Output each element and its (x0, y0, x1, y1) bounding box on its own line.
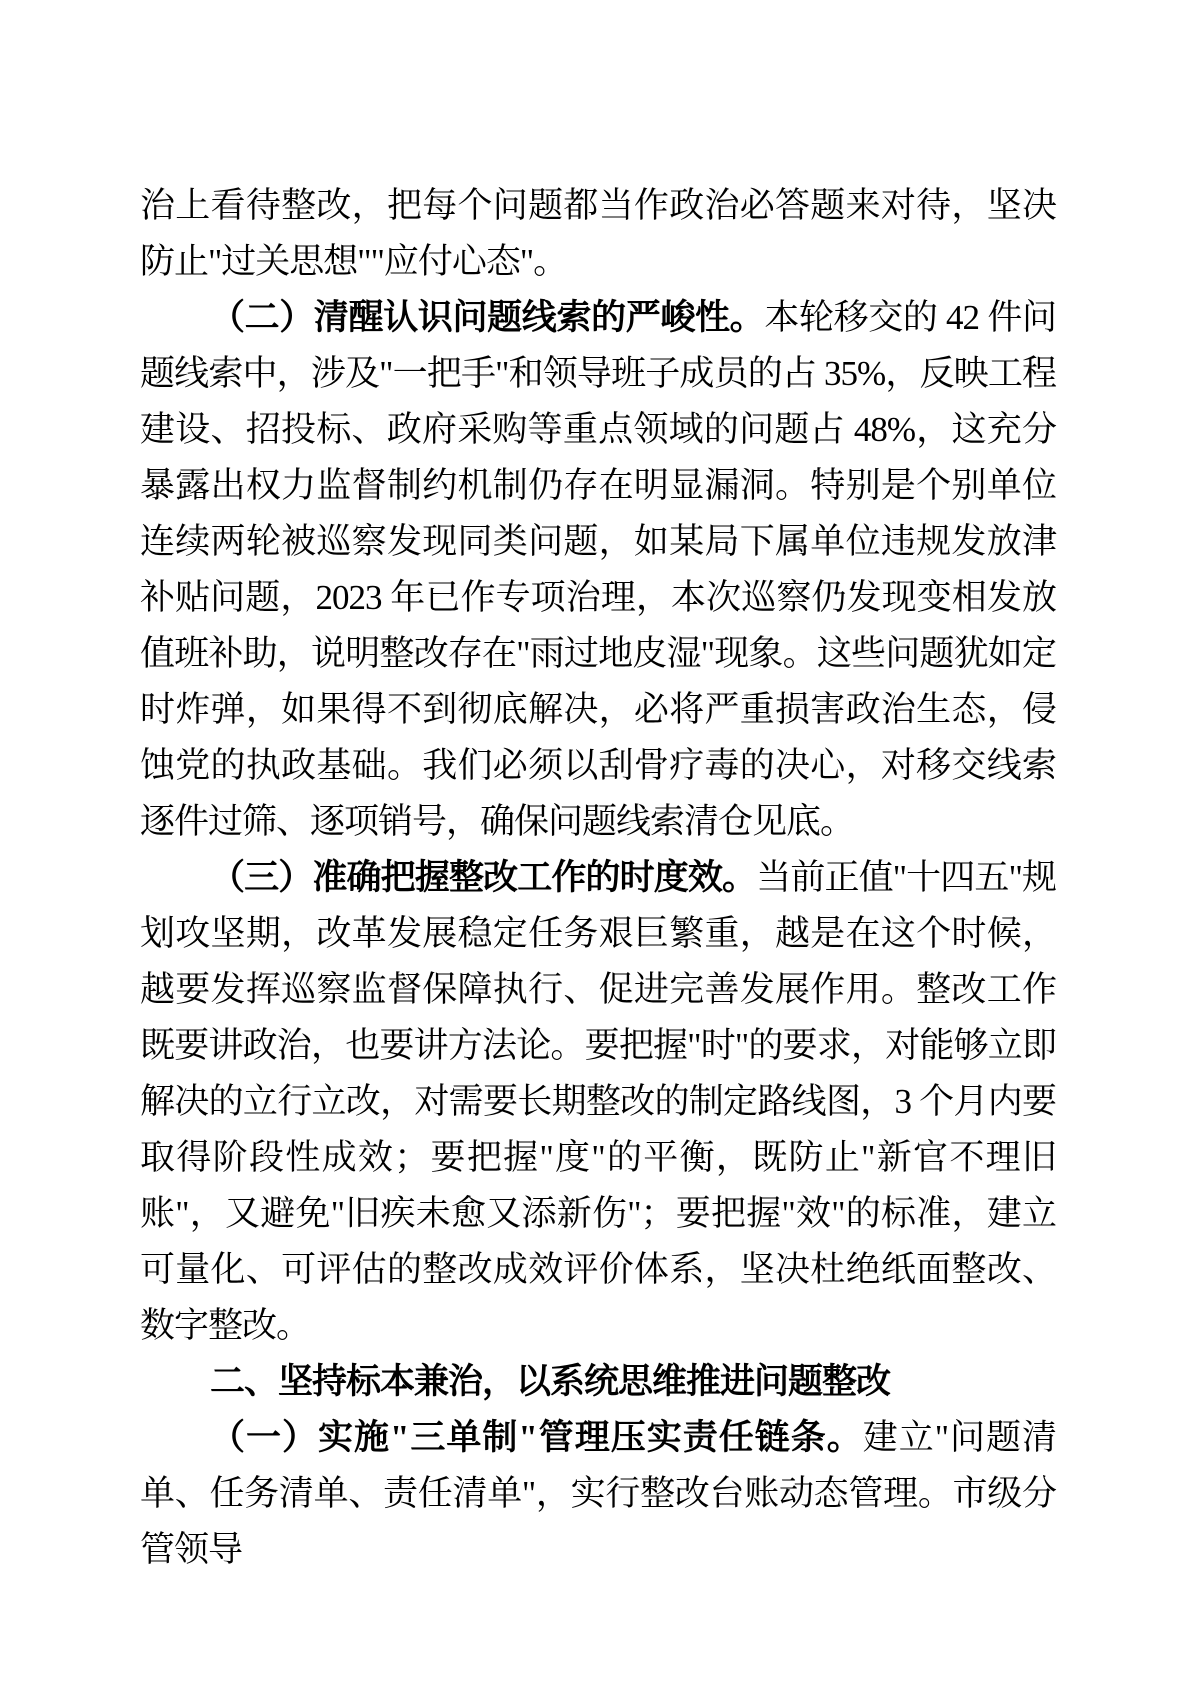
paragraph-continuation: 治上看待整改，把每个问题都当作政治必答题来对待，坚决防止"过关思想""应付心态"… (140, 178, 1056, 290)
section-heading-2: 二、坚持标本兼治，以系统思维推进问题整改 (140, 1354, 1056, 1410)
subsection-3-heading: （三）准确把握整改工作的时度效。 (210, 858, 756, 897)
subsection-1-heading: （一）实施"三单制"管理压实责任链条。 (210, 1418, 863, 1457)
subsection-2-heading: （二）清醒认识问题线索的严峻性。 (210, 298, 764, 337)
subsection-2-body: 本轮移交的 42 件问题线索中，涉及"一把手"和领导班子成员的占 35%，反映工… (140, 298, 1056, 841)
paragraph-subsection-1: （一）实施"三单制"管理压实责任链条。建立"问题清单、任务清单、责任清单"，实行… (140, 1410, 1056, 1578)
paragraph-subsection-3: （三）准确把握整改工作的时度效。当前正值"十四五"规划攻坚期，改革发展稳定任务艰… (140, 850, 1056, 1354)
paragraph-subsection-2: （二）清醒认识问题线索的严峻性。本轮移交的 42 件问题线索中，涉及"一把手"和… (140, 290, 1056, 850)
page-text-block: 治上看待整改，把每个问题都当作政治必答题来对待，坚决防止"过关思想""应付心态"… (140, 178, 1056, 1578)
subsection-3-body: 当前正值"十四五"规划攻坚期，改革发展稳定任务艰巨繁重，越是在这个时候，越要发挥… (140, 858, 1056, 1345)
document-page: 治上看待整改，把每个问题都当作政治必答题来对待，坚决防止"过关思想""应付心态"… (0, 0, 1190, 1683)
